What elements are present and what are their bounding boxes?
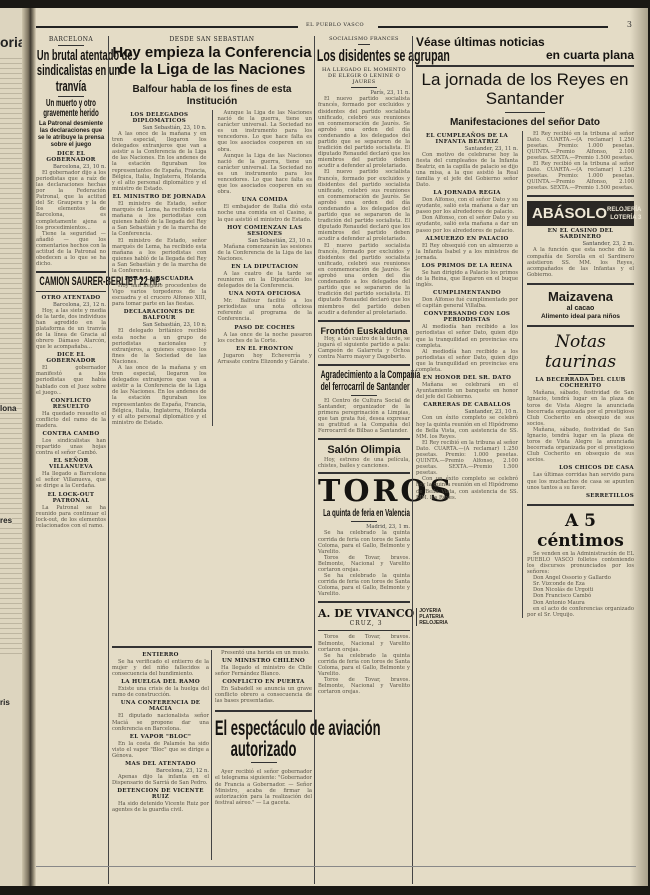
section-label: DESDE SAN SEBASTIAN <box>112 36 312 43</box>
strip-fragment: res <box>0 516 12 525</box>
article-text: Don Alfonso fué cumplimentado por el cap… <box>416 297 518 309</box>
ad-line: al cacao <box>527 305 634 313</box>
article-text: Aunque la Liga de las Naciones nació de … <box>217 153 312 196</box>
item-head: LA HUELGA DEL RAMO <box>112 679 209 685</box>
ad-camion: CAMION SAURER-BERLIET 22 HP. <box>39 275 102 287</box>
article-text: Hoy, a las siete y media de la tarde, do… <box>36 308 106 351</box>
ad-line: RELOJERIA <box>419 620 448 626</box>
article-text: Hoy han llegado procedentes de Vigo vari… <box>112 283 207 307</box>
agradecimiento-headline: Agradecimiento a la Compañía del ferroca… <box>321 370 408 392</box>
ad-abasolo: ABÁSOLO RELOJERÍALOTERÍA 3 <box>527 201 634 226</box>
item-head: UNA COMIDA <box>217 197 312 203</box>
item-head: CUMPLIMENTANDO <box>416 290 518 296</box>
strip-fragment: lona <box>0 404 16 413</box>
article-text: Ayer recibió el señor gobernador el tele… <box>215 769 312 806</box>
item-head: DICE EL GOBERNADOR <box>36 352 106 364</box>
column-santander: Véase últimas noticias en cuarta plana L… <box>416 36 634 618</box>
article-text: El embajador de Italia dió esta noche un… <box>217 204 312 222</box>
article-text: En Sabadell se anuncia un grave conflict… <box>215 686 312 704</box>
item-head: EL VAPOR "BLOC" <box>112 734 209 740</box>
article-text: El Rey recibió en la tribuna al señor Da… <box>527 161 634 191</box>
article-text: Toros de Tovar, bravos. Belmonte, Nacion… <box>318 555 410 573</box>
masthead-name: EL PUEBLO VASCO <box>306 22 364 28</box>
aviation-headline: El espectáculo de aviación autorizado <box>215 718 312 761</box>
item-head: CONTRA CAMBO <box>36 431 106 437</box>
item-head: EN HONOR DEL SR. DATO <box>416 375 518 381</box>
ad-name: Maizavena <box>527 290 634 305</box>
article-text: Mañana, sábado, festividad de San Ignaci… <box>527 427 634 464</box>
see-latest-news: Véase últimas noticias en cuarta plana <box>416 36 634 62</box>
article-text: El nuevo partido socialista francés, for… <box>318 96 410 169</box>
item-head: LOS CHICOS DE CASA <box>527 465 634 471</box>
page-number: 3 <box>627 20 632 29</box>
article-text: Apenas dijo la infanta en el Dispensario… <box>112 774 209 786</box>
toros-headline: La quinta de feria en Valencia <box>323 509 405 519</box>
article-text: Con motivo de celebrarse hoy la fiesta d… <box>416 152 518 189</box>
article-text: El ministro de Estado, señor marqués de … <box>112 238 207 275</box>
article-text: Hoy, estreno de una película, chistes, b… <box>318 457 410 469</box>
article-text: Jugaron hoy Echeverría y Arrasate contra… <box>217 353 312 365</box>
headline: La jornada de los Reyes en Santander <box>416 70 634 108</box>
article-left: LOS DELEGADOS DIPLOMATICOS San Sebastián… <box>112 110 207 426</box>
article-text: A las once de la mañana y en tren especi… <box>112 131 207 192</box>
item-head: DECLARACIONES DE BALFOUR <box>112 309 207 321</box>
article-text: La Patronal se ha reunido para continuar… <box>36 505 106 529</box>
article-text: A las once de la mañana y en tren especi… <box>112 365 207 426</box>
article-text: A la función que esta noche dió la compa… <box>527 247 634 277</box>
newspaper-page: oria lona res ris EL PUEBLO VASCO 3 BARC… <box>0 8 648 886</box>
item-head: PASO DE COCHES <box>217 325 312 331</box>
article-text: Don Alfonso, con el señor Dato y su ayud… <box>416 197 518 215</box>
toros-title: TOROS <box>318 477 410 507</box>
article-text: Al mediodía han recibido a los periodist… <box>416 349 518 373</box>
article-text: Toros de Tovar, bravos. Belmonte, Nacion… <box>318 634 410 652</box>
article-text: En la costa de Palamós ha sido visto el … <box>112 741 209 759</box>
adjacent-page-strip: oria lona res ris <box>0 8 24 886</box>
strip-fragment: ris <box>0 698 10 707</box>
article-text: Se ha celebrado la quinta corrida de fer… <box>318 530 410 554</box>
section-label: BARCELONA <box>36 36 106 43</box>
item-head: PARA LA ESCUADRA <box>112 276 207 282</box>
item-head: UNA NOTA OFICIOSA <box>217 291 312 297</box>
item-head: EN LA DIPUTACION <box>217 264 312 270</box>
page-gutter-shadow <box>22 8 36 886</box>
article-text: El Rey recibió en la tribuna al señor Da… <box>416 440 518 477</box>
signature: SERRETILLOS <box>527 493 634 499</box>
article-text: El delegado británico recibió esta noche… <box>112 328 207 365</box>
article-text: Se venden en la Administración de EL PUE… <box>527 551 634 575</box>
deck: La Patronal desmiente las declaraciones … <box>36 121 106 149</box>
masthead: EL PUEBLO VASCO 3 <box>36 22 636 32</box>
article-text: El nuevo partido socialista francés, for… <box>318 169 410 242</box>
strip-fragment: oria <box>0 34 24 50</box>
column-barcelona: BARCELONA Un brutal atentado de sindical… <box>36 36 106 529</box>
ad-name: ABÁSOLO <box>532 205 607 222</box>
article-text: El Rey obsequió con un almuerzo a la Inf… <box>416 243 518 261</box>
salon-title: Salón Olimpia <box>318 444 410 457</box>
ad-line: Alimento ideal para niños <box>527 313 634 320</box>
article-text: en el acto de conferencias organizado po… <box>527 606 634 618</box>
item-head: LOS PRIMOS DE LA REINA <box>416 263 518 269</box>
article-text: Mañana, sábado, festividad de San Ignaci… <box>527 390 634 427</box>
item-head: EL LOCK-OUT PATRONAL <box>36 492 106 504</box>
article-text: Toros de Tovar, bravos. Belmonte, Nacion… <box>318 677 410 695</box>
item-head: EL CUMPLEAÑOS DE LA INFANTA BEATRIZ <box>416 133 518 145</box>
item-head: LA BECERRADA DEL CLUB COCHERITO <box>527 377 634 389</box>
article-text: Ha llegado a Barcelona el señor Villanue… <box>36 471 106 489</box>
article-left: EL CUMPLEAÑOS DE LA INFANTA BEATRIZ Sant… <box>416 131 518 618</box>
item-head: DETENCION DE VICENTE RUIZ <box>112 788 209 800</box>
article-text: Con un éxito completo se celebró hoy la … <box>416 415 518 439</box>
article-text: Presentó una herida en un muslo. <box>215 650 312 656</box>
article-text: Las últimas corridas han servido para qu… <box>527 472 634 490</box>
article-text: Mañana se celebrará en el Ayuntamiento u… <box>416 382 518 400</box>
item-head: ENTIERRO <box>112 652 209 658</box>
section-label: SOCIALISMO FRANCES <box>318 36 410 42</box>
item-head: UN MINISTRO CHILENO <box>215 658 312 664</box>
deck: HA LLEGADO EL MOMENTO DE ELEGIR O LENINE… <box>318 67 410 85</box>
item-head: CONFLICTO EN PUERTA <box>215 679 312 685</box>
article-text: Al mediodía han recibido a los periodist… <box>416 324 518 348</box>
article-right: El Rey recibió en la tribuna al señor Da… <box>527 131 634 618</box>
article-text: Ha quedado resuelto el conflicto del ram… <box>36 411 106 429</box>
item-head: MAS DEL ATENTADO <box>112 761 209 767</box>
article-text: Los sindicalistas han repartido unas hoj… <box>36 438 106 456</box>
article-text: El diputado nacionalista señor Maciá se … <box>112 713 209 731</box>
article-text: El Rey recibió en la tribuna al señor Da… <box>527 131 634 161</box>
item-head: EL SEÑOR VILLANUEVA <box>36 458 106 470</box>
ad-name: A. DE VIVANCO <box>318 607 414 620</box>
item-head: CONVERSANDO CON LOS PERIODISTAS <box>416 311 518 323</box>
item-head: EN EL FRONTON <box>217 346 312 352</box>
fronton-title: Frontón Euskalduna <box>318 326 410 336</box>
article-text: Don Alfonso, con el señor Dato y su ayud… <box>416 215 518 233</box>
item-head: DICE EL GOBERNADOR <box>36 151 106 163</box>
item-head: LA JORNADA REGIA <box>416 190 518 196</box>
ad-address: CRUZ, 3 <box>318 620 414 627</box>
article-text: Se ha celebrado la quinta corrida de fer… <box>318 573 410 597</box>
subheadline: Balfour habla de los fines de esta Insti… <box>118 84 306 107</box>
article-right: Aunque la Liga de las Naciones nació de … <box>217 110 312 426</box>
article-text: Se han dirigido a Palacio los primos de … <box>416 270 518 288</box>
item-head: ALMUERZO EN PALACIO <box>416 236 518 242</box>
article-text: Se ha celebrado la quinta corrida de fer… <box>318 653 410 677</box>
headline: Un brutal atentado de sindicalistas en u… <box>37 48 105 94</box>
subheadline: Manifestaciones del señor Dato <box>416 117 634 129</box>
item-head: CONFLICTO RESUELTO <box>36 398 106 410</box>
article-text: El gobernador manifestó a los periodista… <box>36 365 106 395</box>
article-text: Con un éxito completo se celebró hoy la … <box>416 476 518 500</box>
headline: Los disidentes se agrupan <box>317 47 411 64</box>
article-bottom-left: ENTIERRO Se ha verificado el entierro de… <box>112 650 209 813</box>
taurinas-title: Notas taurinas <box>527 332 634 372</box>
article-text: El gobernador dijo a los periodistas que… <box>36 170 106 268</box>
column-socialismo: SOCIALISMO FRANCES Los disidentes se agr… <box>318 36 410 695</box>
item-head: OTRO ATENTADO <box>36 295 106 301</box>
article-text: El ministro de Estado, señor marqués de … <box>112 201 207 238</box>
item-head: CARRERAS DE CABALLOS <box>416 402 518 408</box>
article-text: Ha llegado el ministro de Chile señor Fe… <box>215 665 312 677</box>
item-head: EL MINISTRO DE JORNADA <box>112 194 207 200</box>
subheadline: Un muerto y otro gravemente herido <box>41 99 102 119</box>
article-text: A las once de la noche pasaron los coche… <box>217 332 312 344</box>
headline: Hoy empieza la Conferencia de la Liga de… <box>112 45 312 78</box>
article-text: A las cuatro de la tarde se reunieron en… <box>217 271 312 289</box>
article-text: Hoy, a las cuatro de la tarde, se jugará… <box>318 336 410 360</box>
article-text: El nuevo partido socialista francés, for… <box>318 243 410 316</box>
item-head: LOS DELEGADOS DIPLOMATICOS <box>112 112 207 124</box>
article-text: El Centro de Cultura Social de Santander… <box>318 398 410 435</box>
article-text: Aunque la Liga de las Naciones nació de … <box>217 110 312 153</box>
column-san-sebastian: DESDE SAN SEBASTIAN Hoy empieza la Confe… <box>112 36 312 426</box>
article-text: Ha sido detenido Vicente Ruiz por agente… <box>112 801 209 813</box>
article-text: Mañana comenzarán las sesiones de la Con… <box>217 244 312 262</box>
item-head: UNA CONFERENCIA DE MACIA <box>112 700 209 712</box>
article-text: Existe una crisis de la huelga del ramo … <box>112 686 209 698</box>
ad-vivanco: A. DE VIVANCO CRUZ, 3 JOYERIA PLATERIA R… <box>318 607 410 627</box>
item-head: HOY COMIENZAN LAS SESIONES <box>217 225 312 237</box>
ad-maizavena: Maizavena al cacao Alimento ideal para n… <box>527 290 634 320</box>
item-head: EN EL CASINO DEL SARDINERO <box>527 228 634 240</box>
article-text: Se ha verificado el entierro de la mujer… <box>112 659 209 677</box>
article-bottom-right: Presentó una herida en un muslo. UN MINI… <box>215 650 312 806</box>
article-text: Mr. Balfour facilitó a los periodistas u… <box>217 298 312 322</box>
cinco-title: A 5 céntimos <box>527 511 634 551</box>
